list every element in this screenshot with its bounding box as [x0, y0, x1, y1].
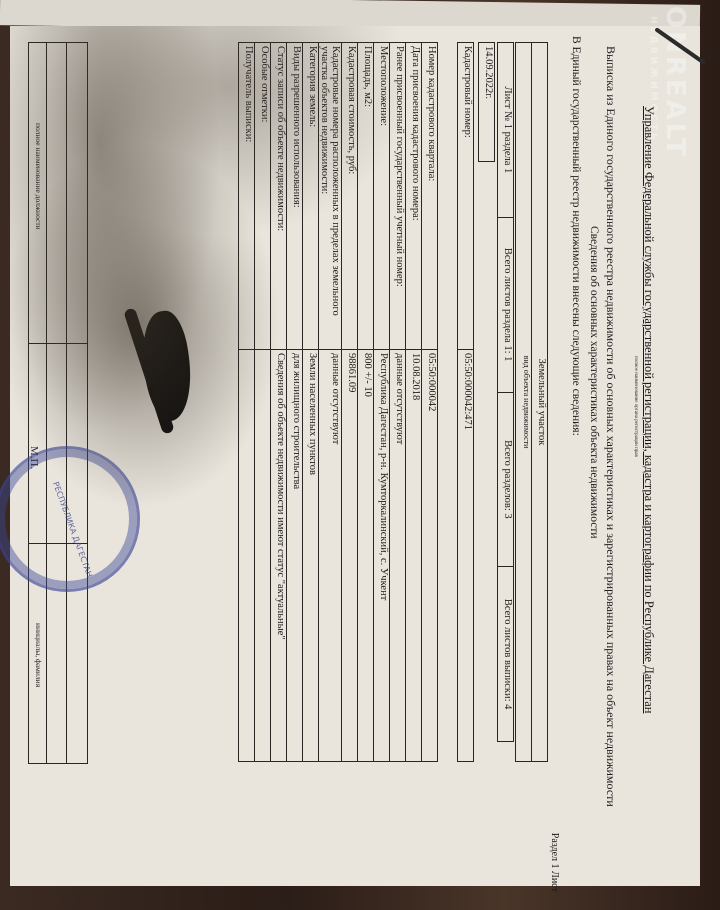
row-value: 10.08.2018: [406, 350, 422, 762]
table-row: Кадастровые номера расположенных в преде…: [319, 43, 342, 762]
row-value: [239, 350, 255, 762]
object-type-table: Земельный участок вид объекта недвижимос…: [515, 42, 548, 762]
table-row: Площадь, м2:800 +/- 10: [358, 43, 374, 762]
row-label: Кадастровая стоимость, руб:: [342, 43, 358, 350]
initials-caption: инициалы, фамилия: [34, 623, 43, 687]
row-value: 05:50:000042: [422, 350, 438, 762]
row-label: Категория земель:: [303, 43, 319, 350]
row-value: Земли населенных пунктов: [303, 350, 319, 762]
table-row: Ранее присвоенный государственный учетны…: [390, 43, 406, 762]
table-row: Особые отметки:: [255, 43, 271, 762]
row-value: для жилищного строительства: [287, 350, 303, 762]
table-row: Дата присвоения кадастрового номера:10.0…: [406, 43, 422, 762]
object-type-caption: вид объекта недвижимости: [516, 43, 532, 762]
organization-caption: полное наименование органа регистрации п…: [633, 356, 638, 457]
row-value: 800 +/- 10: [358, 350, 374, 762]
sheets-total: Всего листов выписки: 4: [498, 567, 514, 742]
row-label: Особые отметки:: [255, 43, 271, 350]
row-label: Статус записи об объекте недвижимости:: [271, 43, 287, 350]
table-row: Номер кадастрового квартала:05:50:000042: [422, 43, 438, 762]
sheet-info-table: Лист № 1 раздела 1 Всего листов раздела …: [497, 42, 514, 742]
row-label: Получатель выписки:: [239, 43, 255, 350]
sheets-in-section: Всего листов раздела 1: 1: [498, 217, 514, 392]
document-subtitle: Сведения об основных характеристиках объ…: [588, 226, 600, 539]
row-value: 98861.09: [342, 350, 358, 762]
table-row: Местоположение:Республика Дагестан, р-н.…: [374, 43, 390, 762]
document-photo: ONREALT НЕДВИЖИМОСТЬ Управление Федераль…: [0, 0, 720, 910]
row-label: Номер кадастрового квартала:: [422, 43, 438, 350]
cadastral-label: Кадастровый номер:: [458, 43, 474, 350]
row-value: Сведения об объекте недвижимости имеют с…: [271, 350, 287, 762]
row-value: данные отсутствуют: [319, 350, 342, 762]
row-label: Местоположение:: [374, 43, 390, 350]
cadastral-value: 05:50:000042:471: [458, 350, 474, 762]
table-row: Виды разрешенного использования:для жили…: [287, 43, 303, 762]
row-value: данные отсутствуют: [390, 350, 406, 762]
organization-name: Управление Федеральной службы государств…: [641, 106, 656, 714]
intro-text: В Единый государственный реестр недвижим…: [570, 36, 582, 436]
table-row: Статус записи об объекте недвижимости:Св…: [271, 43, 287, 762]
row-value: Республика Дагестан, р-н. Кумторкалински…: [374, 350, 390, 762]
object-type: Земельный участок: [532, 43, 548, 762]
stamp-text: РЕСПУБЛИКА ДАГЕСТАН: [51, 481, 94, 579]
egrn-extract-page: ONREALT НЕДВИЖИМОСТЬ Управление Федераль…: [10, 26, 700, 886]
row-label: Площадь, м2:: [358, 43, 374, 350]
table-row: Категория земель:Земли населенных пункто…: [303, 43, 319, 762]
row-label: Виды разрешенного использования:: [287, 43, 303, 350]
extract-date: 14.09.2022г.: [479, 43, 495, 162]
sheet-number: Лист № 1 раздела 1: [498, 43, 514, 218]
date-table: 14.09.2022г.: [478, 42, 495, 162]
table-row: Кадастровая стоимость, руб:98861.09: [342, 43, 358, 762]
row-label: Кадастровые номера расположенных в преде…: [319, 43, 342, 350]
row-label: Ранее присвоенный государственный учетны…: [390, 43, 406, 350]
row-value: [255, 350, 271, 762]
row-label: Дата присвоения кадастрового номера:: [406, 43, 422, 350]
signature-block: полное наименование должности инициалы, …: [28, 42, 88, 764]
characteristics-table: Номер кадастрового квартала:05:50:000042…: [238, 42, 438, 762]
table-row: Получатель выписки:: [239, 43, 255, 762]
cadastral-number-table: Кадастровый номер: 05:50:000042:471: [457, 42, 474, 762]
position-caption: полное наименование должности: [34, 123, 43, 230]
stamp-mark: М.П.: [28, 446, 40, 469]
document-title: Выписка из Единого государственного реес…: [603, 46, 618, 807]
section-label: Раздел 1 Лист: [549, 833, 560, 892]
official-stamp: РЕСПУБЛИКА ДАГЕСТАН: [0, 446, 140, 592]
sections-total: Всего разделов: 3: [498, 392, 514, 567]
watermark-brand: ONREALT: [660, 6, 690, 159]
